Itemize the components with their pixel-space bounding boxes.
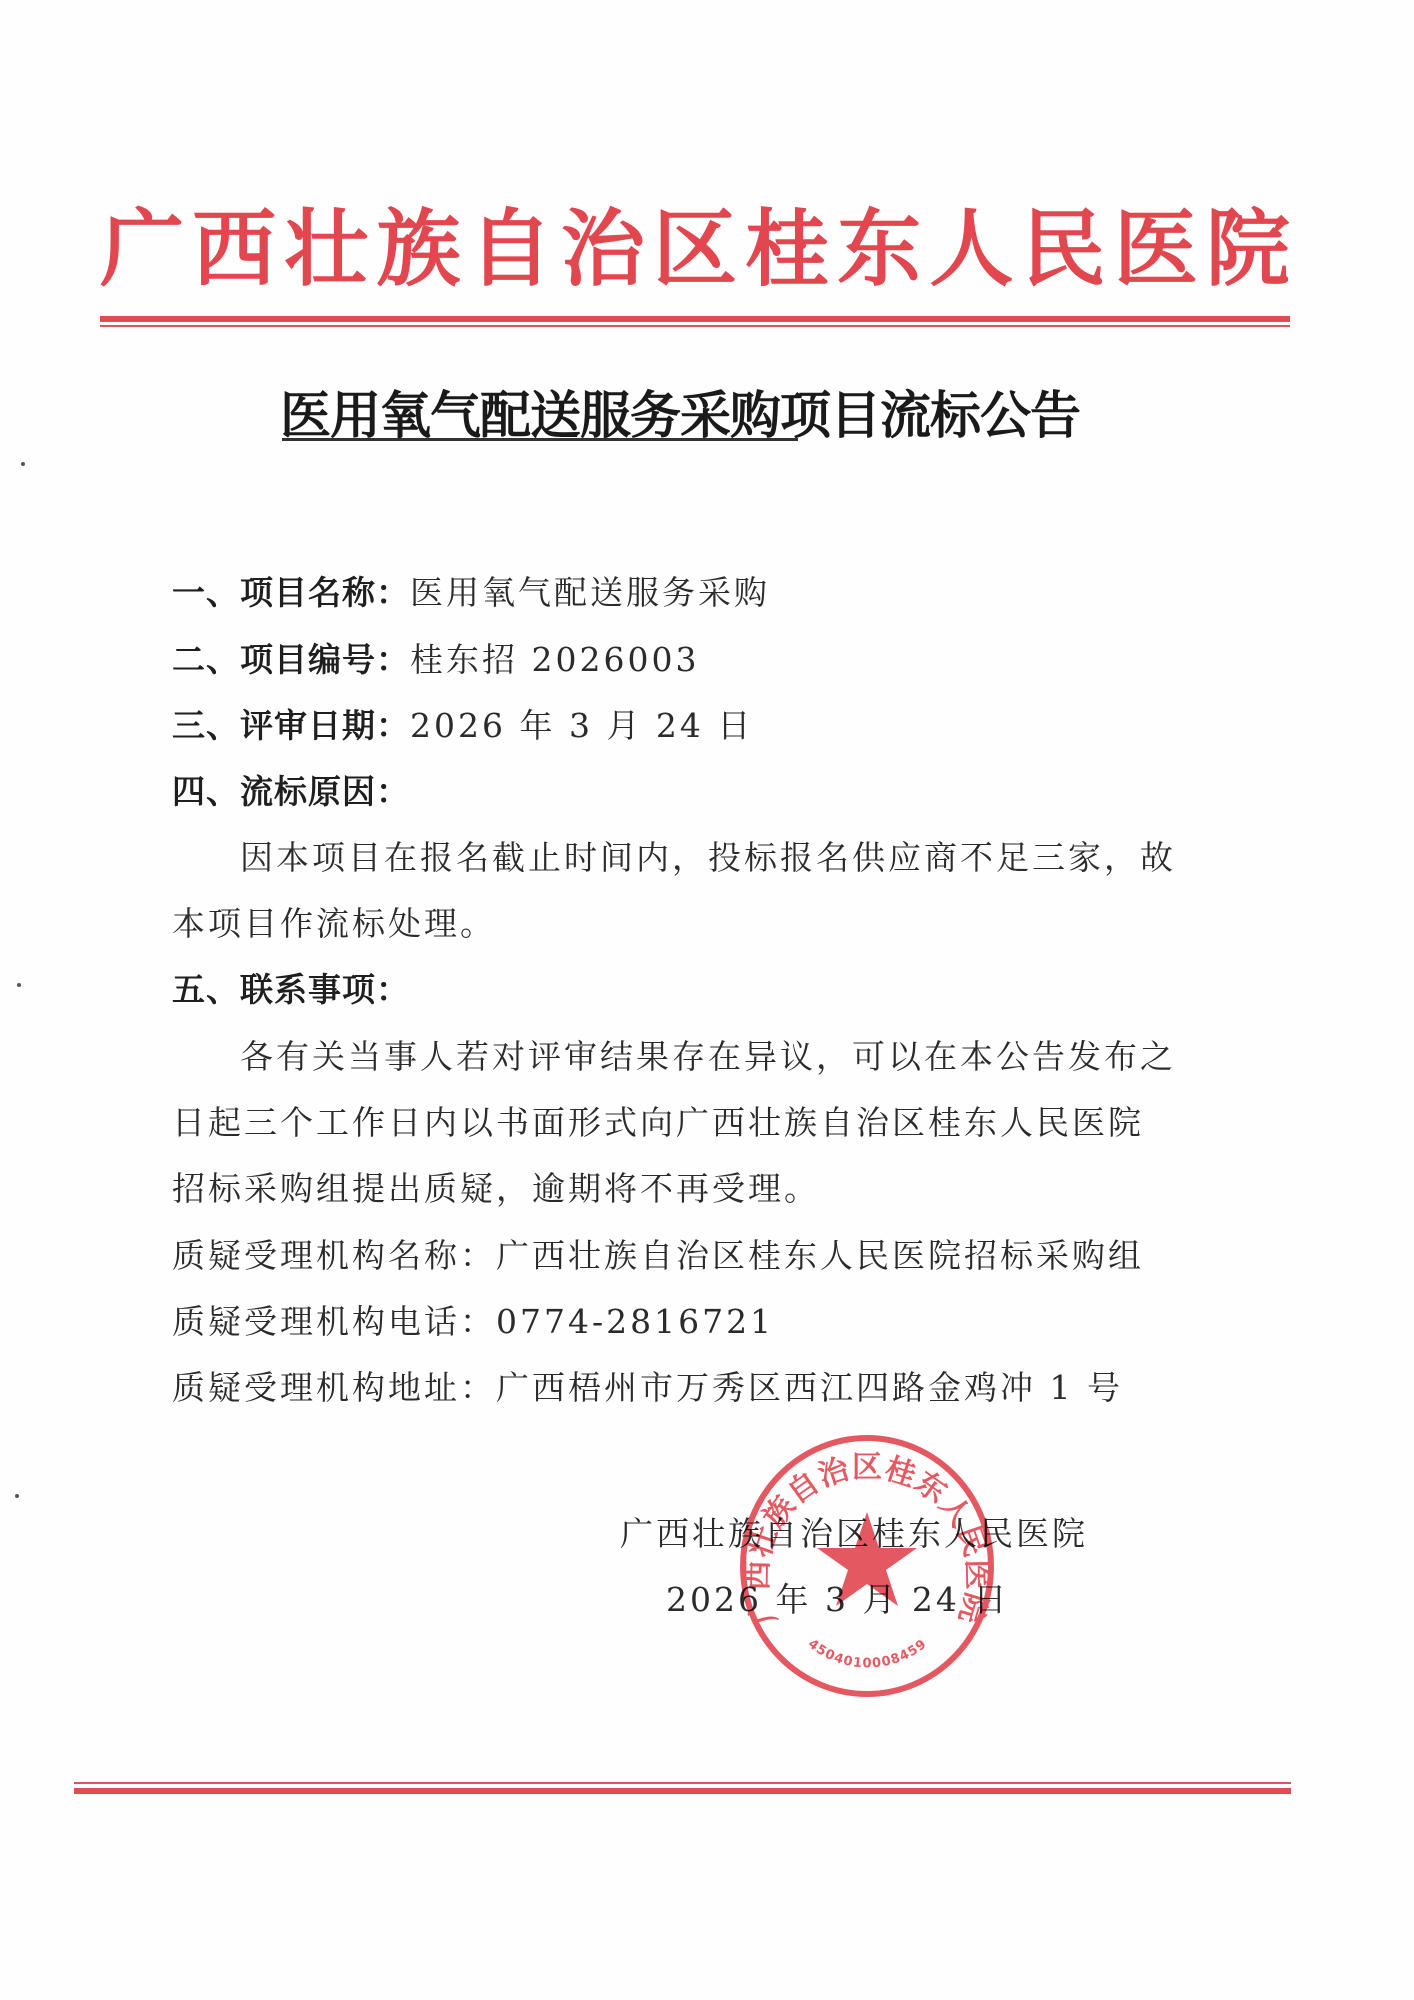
seal-code-text: 4504010008459: [805, 1637, 930, 1672]
section-project-name: 一、项目名称：医用氧气配送服务采购: [172, 567, 770, 614]
section-label: 三、评审日期：: [172, 706, 410, 745]
masthead-organization: 广西壮族自治区桂东人民医院: [100, 192, 1290, 292]
reason-text-line-2: 本项目作流标处理。: [172, 898, 496, 945]
footer-red-rule-thick: [74, 1788, 1291, 1794]
masthead-char: 广: [100, 182, 184, 303]
complaint-org-phone-label: 质疑受理机构电话：: [172, 1302, 496, 1341]
complaint-org-address-label: 质疑受理机构地址：: [172, 1368, 496, 1407]
masthead-char: 区: [653, 182, 737, 303]
scan-speck: [17, 983, 21, 987]
masthead-char: 治: [561, 182, 645, 303]
masthead-char: 壮: [284, 182, 368, 303]
complaint-org-name-value: 广西壮族自治区桂东人民医院招标采购组: [496, 1236, 1144, 1275]
contact-paragraph-line-2: 日起三个工作日内以书面形式向广西壮族自治区桂东人民医院: [172, 1097, 1144, 1144]
scan-speck: [21, 462, 25, 466]
section-label: 二、项目编号：: [172, 640, 410, 679]
section-label: 五、联系事项：: [172, 970, 410, 1009]
masthead-char: 医: [1114, 182, 1198, 303]
project-number-value: 桂东招 2026003: [410, 640, 699, 679]
scan-speck: [15, 1494, 19, 1498]
masthead-char: 民: [1022, 182, 1106, 303]
project-name-value: 医用氧气配送服务采购: [410, 573, 770, 612]
complaint-org-phone-value: 0774-2816721: [496, 1302, 774, 1341]
complaint-org-name: 质疑受理机构名称：广西壮族自治区桂东人民医院招标采购组: [172, 1230, 1144, 1277]
complaint-org-address-value: 广西梧州市万秀区西江四路金鸡冲 1 号: [496, 1368, 1123, 1407]
contact-paragraph-line-1: 各有关当事人若对评审结果存在异议，可以在本公告发布之: [240, 1031, 1176, 1078]
contact-paragraph-line-3: 招标采购组提出质疑，逾期将不再受理。: [172, 1163, 820, 1210]
official-seal-icon: 广西壮族自治区桂东人民医院 4504010008459: [735, 1430, 1000, 1700]
svg-text:4504010008459: 4504010008459: [805, 1637, 930, 1672]
footer-red-rule-thin: [74, 1782, 1291, 1784]
complaint-org-address: 质疑受理机构地址：广西梧州市万秀区西江四路金鸡冲 1 号: [172, 1362, 1123, 1409]
section-contact: 五、联系事项：: [172, 964, 410, 1011]
header-red-rule-thin: [100, 325, 1290, 327]
masthead-char: 东: [837, 182, 921, 303]
header-red-rule-thick: [100, 316, 1290, 322]
section-label: 一、项目名称：: [172, 573, 410, 612]
complaint-org-phone: 质疑受理机构电话：0774-2816721: [172, 1296, 774, 1343]
document-page: 广西壮族自治区桂东人民医院 医用氧气配送服务采购项目流标公告 一、项目名称：医用…: [0, 0, 1414, 2000]
review-date-value: 2026 年 3 月 24 日: [410, 706, 753, 745]
masthead-char: 人: [929, 182, 1013, 303]
section-review-date: 三、评审日期：2026 年 3 月 24 日: [172, 700, 753, 747]
title-underline: [282, 438, 798, 441]
section-label: 四、流标原因：: [172, 772, 410, 811]
section-failure-reason: 四、流标原因：: [172, 766, 410, 813]
masthead-char: 院: [1206, 182, 1290, 303]
section-project-number: 二、项目编号：桂东招 2026003: [172, 634, 699, 681]
complaint-org-name-label: 质疑受理机构名称：: [172, 1236, 496, 1275]
document-title: 医用氧气配送服务采购项目流标公告: [280, 374, 1140, 436]
masthead-char: 自: [469, 182, 553, 303]
masthead-char: 西: [192, 182, 276, 303]
masthead-char: 族: [376, 182, 460, 303]
masthead-char: 桂: [745, 182, 829, 303]
reason-text-line-1: 因本项目在报名截止时间内，投标报名供应商不足三家，故: [240, 832, 1176, 879]
